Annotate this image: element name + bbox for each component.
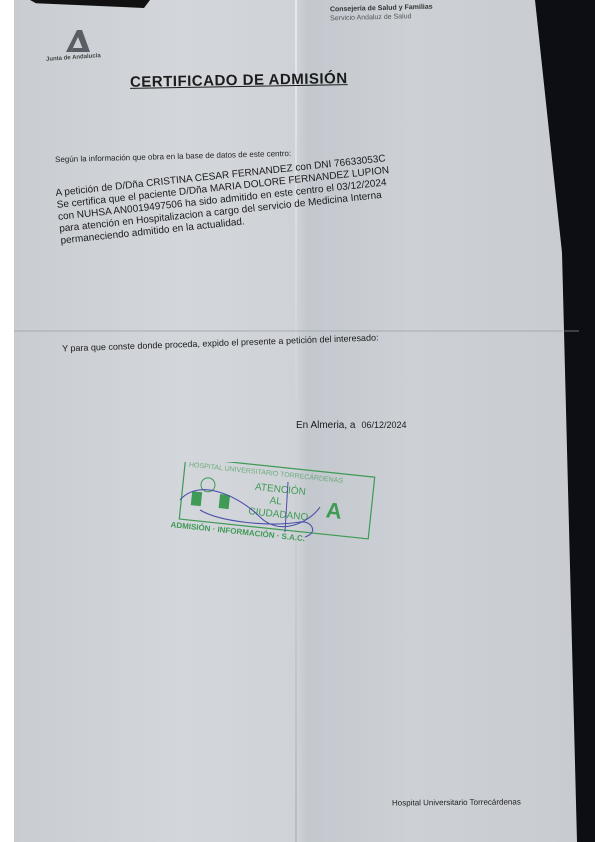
hospital-footer: Hospital Universitario Torrecárdenas	[392, 797, 521, 807]
place: En Almeria, a	[296, 420, 355, 431]
department-header: Consejería de Salud y Familias Servicio …	[330, 3, 433, 24]
stamp-center-2: AL	[269, 495, 283, 507]
paper-fold-horizontal	[14, 330, 579, 332]
stamp-graphic: HOSPITAL UNIVERSITARIO TORRECÁRDENAS ATE…	[170, 462, 380, 572]
issue-date: 06/12/2024	[361, 420, 406, 430]
logo-text: Junta de Andalucía	[46, 53, 101, 63]
place-and-date: En Almeria, a06/12/2024	[296, 420, 407, 431]
junta-andalucia-logo: Junta de Andalucía	[38, 28, 118, 68]
official-stamp: HOSPITAL UNIVERSITARIO TORRECÁRDENAS ATE…	[170, 462, 380, 572]
stamp-center-1: ATENCIÓN	[254, 480, 306, 498]
junta-logo-icon	[62, 28, 92, 54]
stamp-logo-letter: A	[325, 497, 344, 524]
